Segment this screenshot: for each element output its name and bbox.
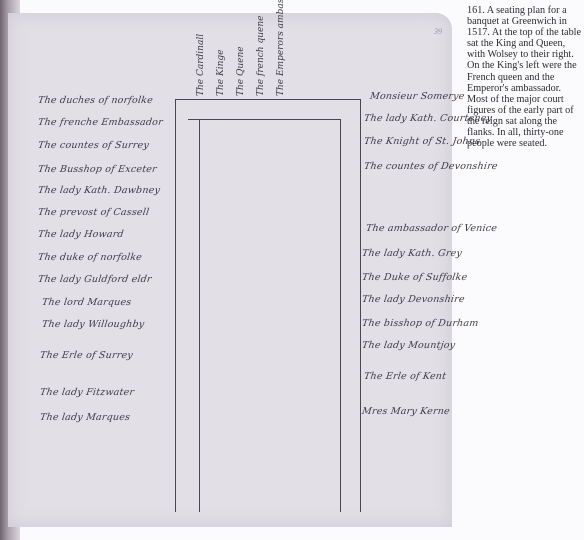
left-seat-name: The lady Willoughby [41, 319, 145, 330]
left-seat-name: The duke of norfolke [37, 252, 143, 263]
right-seat-name: The lady Devonshire [361, 294, 465, 305]
left-seat-name: The lady Guldford eldr [37, 274, 152, 285]
top-seat-name: The french quene [256, 14, 266, 96]
right-seat-name: The lady Mountjoy [361, 340, 456, 351]
banquet-table-inner [199, 119, 341, 512]
top-seat-name: The Emperors ambassador [276, 12, 286, 96]
right-seat-name: Mres Mary Kerne [361, 406, 450, 417]
top-seat-name: The Kinge [216, 18, 226, 96]
left-seat-name: The lord Marques [41, 297, 132, 308]
left-seat-name: The duches of norfolke [37, 95, 153, 106]
right-seat-name: Monsieur Somerye [369, 91, 465, 102]
top-seat-name: The Quene [236, 16, 246, 96]
left-seat-name: The lady Marques [39, 412, 131, 423]
figure-caption: 161. A seating plan for a banquet at Gre… [467, 5, 583, 149]
left-seat-name: The lady Fitzwater [39, 387, 135, 398]
table-line [188, 119, 200, 120]
left-seat-name: The lady Kath. Dawbney [37, 185, 161, 196]
right-seat-name: The ambassador of Venice [365, 223, 498, 234]
left-seat-name: The lady Howard [37, 229, 124, 240]
right-seat-name: The bisshop of Durham [361, 318, 479, 329]
right-seat-name: The Knight of St. Johns [363, 136, 481, 147]
left-seat-name: The frenche Embassador [37, 117, 163, 128]
right-seat-name: The lady Kath. Grey [361, 248, 462, 259]
right-seat-name: The Duke of Suffolke [361, 272, 468, 283]
left-seat-name: The Busshop of Exceter [37, 164, 157, 175]
right-seat-name: The countes of Devonshire [363, 161, 498, 172]
left-seat-name: The Erle of Surrey [39, 350, 133, 361]
top-seat-name: The Cardinall [196, 18, 206, 96]
left-seat-name: The prevost of Cassell [37, 207, 150, 218]
page-mark: 39 [434, 27, 442, 36]
left-seat-name: The countes of Surrey [37, 140, 149, 151]
right-seat-name: The Erle of Kent [363, 371, 447, 382]
